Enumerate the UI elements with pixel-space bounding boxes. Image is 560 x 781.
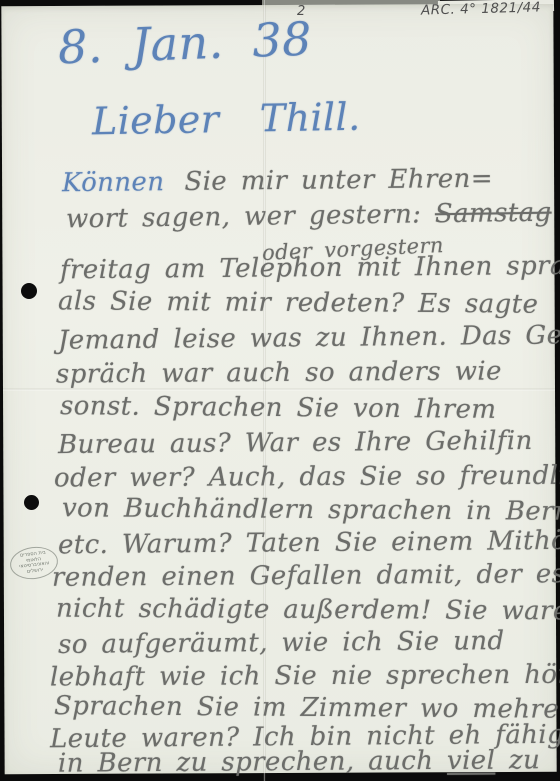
letter-word-struck: Samstag [435, 198, 552, 230]
letter-body-line: nicht schädigte außerdem! Sie waren [56, 594, 560, 627]
letter-body-line: oder wer? Auch, das Sie so freundlich [54, 461, 560, 494]
letter-body-line: Jemand leise was zu Ihnen. Das Ge= [58, 320, 560, 356]
letter-body-line: in Bern zu sprechen, auch viel zu [58, 745, 540, 778]
letter-body-line: so aufgeräumt, wie ich Sie und [58, 626, 505, 660]
letter-text: zu [495, 745, 540, 775]
letter-body-line: sonst. Sprachen Sie von Ihrem [60, 391, 497, 425]
letter-salutation: Lieber Thill. [92, 95, 361, 144]
hole-punch-top [21, 283, 37, 299]
letter-body-line: Bureau aus? War es Ihre Gehilfin [58, 426, 533, 460]
letter-body-line: lebhaft wie ich Sie nie sprechen hörte. [50, 660, 560, 693]
letter-body-line: renden einen Gefallen damit, der es [52, 559, 560, 593]
letter-body-line: als Sie mit mir redeten? Es sagte [58, 286, 538, 319]
letter-body-line: von Buchhändlern sprachen in Bern [62, 493, 560, 527]
hole-punch-bottom [24, 495, 39, 510]
stamp-line: ירושלים [27, 567, 44, 574]
letter-date: 8. Jan. 38 [57, 12, 313, 75]
letter-body-line: freitag am Telephon mit Ihnen sprach [60, 251, 560, 286]
letter-word-blue: Können [62, 167, 165, 198]
letter-body-line: KönnenSie mir unter Ehren= [62, 164, 493, 199]
archive-shelfmark: ARC. 4° 1821/44 [421, 0, 541, 19]
letter-text: wort sagen, wer gestern: [66, 199, 435, 234]
letter-text: in Bern zu sprechen, auch [58, 746, 447, 779]
letter-text: Sie mir unter Ehren= [184, 164, 493, 197]
letter-scan: בית הספרים הלאומי והאוניברסיטאי ירושלים … [0, 0, 560, 781]
letter-word-underlined: viel [447, 746, 496, 776]
letter-body-line: spräch war auch so anders wie [56, 356, 502, 389]
letter-body-line: etc. Warum? Taten Sie einem Mithö= [58, 526, 560, 561]
